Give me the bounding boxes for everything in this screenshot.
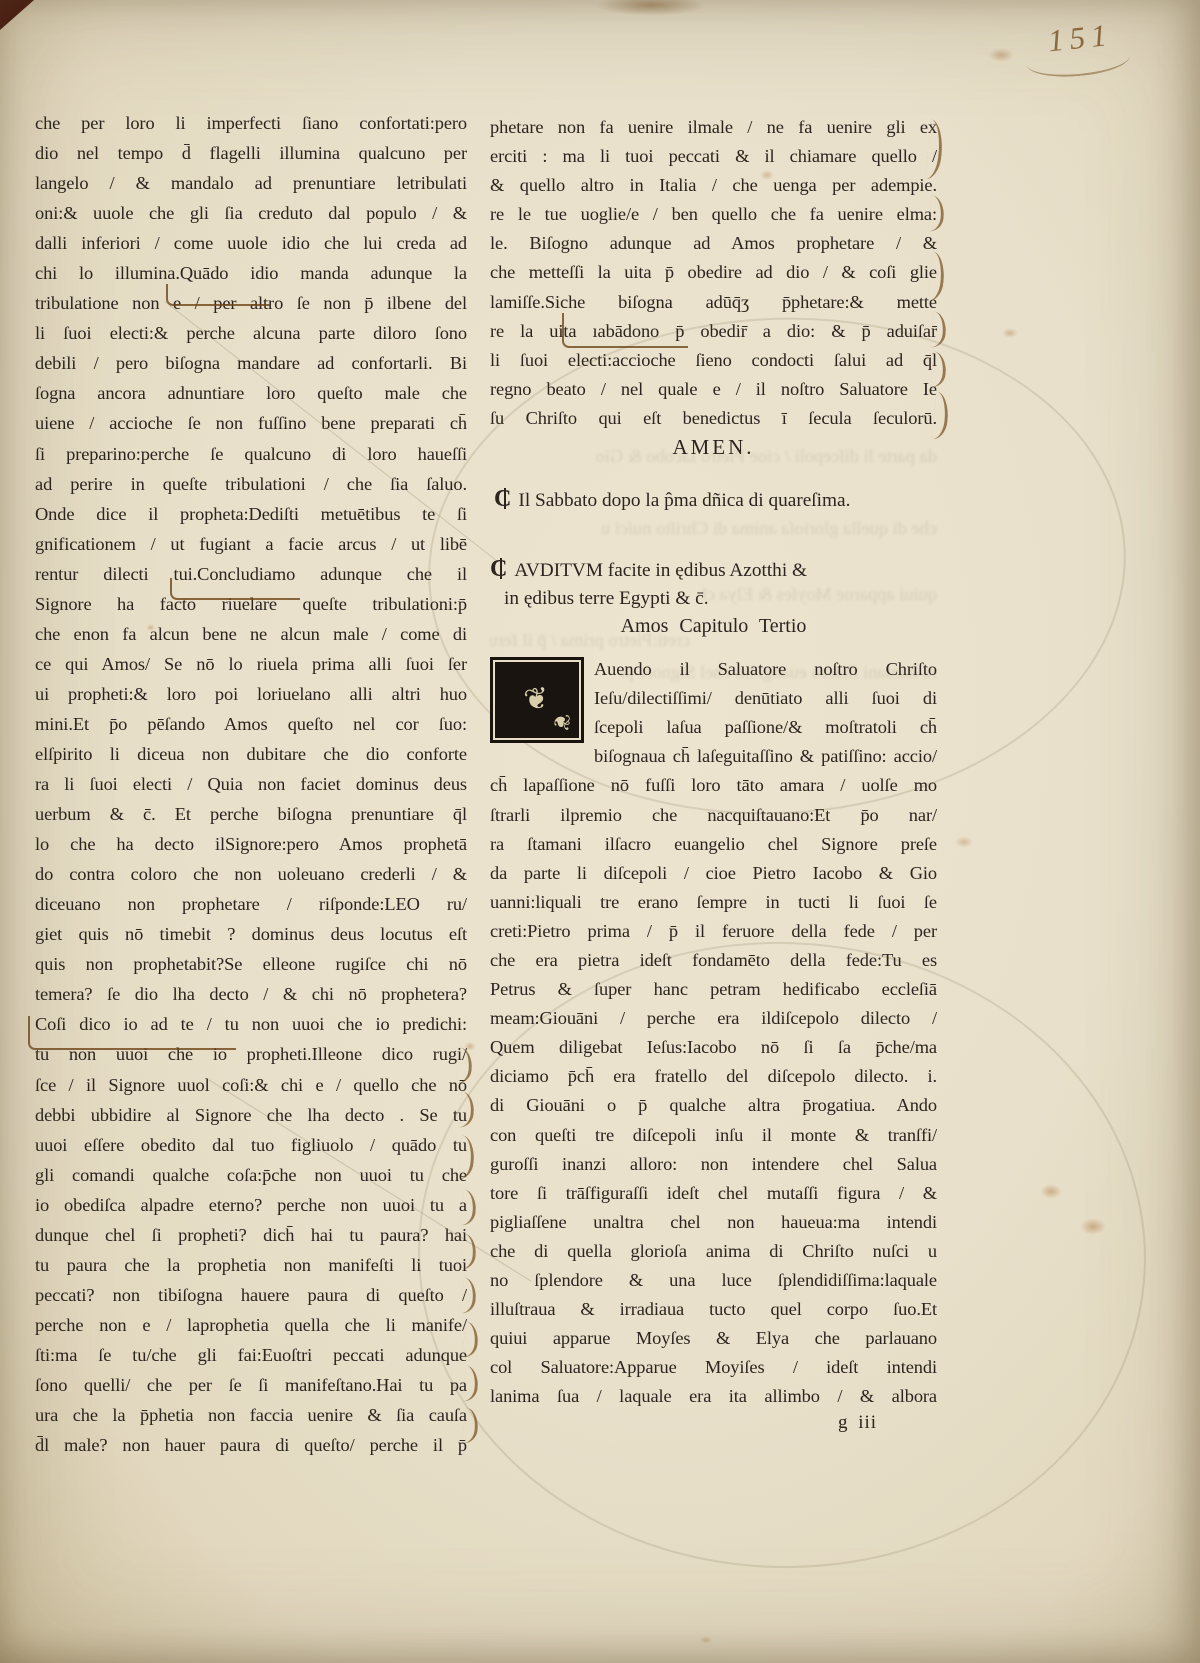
text-line: giet quis nō timebit ? dominus deus locu… — [35, 919, 467, 949]
stain — [596, 0, 706, 16]
text-line: debbi ubbidire al Signore che lha decto … — [35, 1100, 467, 1130]
text-line: che metteſſi la uita p̄ obedire ad dio /… — [490, 258, 937, 287]
margin-ink-mark — [462, 1321, 480, 1358]
margin-ink-mark — [460, 1189, 478, 1226]
stain — [1040, 1184, 1062, 1199]
text-line: illuſtraua & irradiaua tucto quel corpo … — [490, 1295, 937, 1324]
text-line: ſono quelli/ che per ſe ſi manifeſtano.H… — [35, 1370, 467, 1400]
margin-ink-mark — [458, 1091, 476, 1128]
handwritten-bracket — [28, 1016, 236, 1050]
text-line: gnificationem / ut fugiant a facie arcus… — [35, 529, 467, 559]
text-line: diceuano non prophetare / riſponde:LEO r… — [35, 889, 467, 919]
text-line: ad perire in queſte tribulationi / che ſ… — [35, 469, 467, 499]
right-column-top: phetare non fa uenire ilmale / ne fa uen… — [490, 113, 937, 433]
text-line: mini.Et p̄o pēſando Amos queſto nel cor … — [35, 709, 467, 739]
text-line: pigliaſſene unaltra chel non haueua:ma i… — [490, 1208, 937, 1237]
text-line: peccati? non tibiſogna hauere paura di q… — [35, 1280, 467, 1310]
text-line: ce qui Amos/ Se nō lo riuela prima alli … — [35, 649, 467, 679]
stain — [700, 1636, 712, 1644]
text-line: uerbum & c̄. Et perche biſogna prenuntia… — [35, 799, 467, 829]
handwritten-bracket — [562, 313, 688, 348]
text-line: ui propheti:& loro poi loriuelano alli a… — [35, 679, 467, 709]
text-line: Auendo il Saluatore noſtro Chriſto — [594, 655, 937, 684]
quire-signature-mark: g iii — [838, 1412, 877, 1434]
text-line: io obediſca alpadre eterno? perche non u… — [35, 1190, 467, 1220]
text-line: ſtrarli ilpremio che nacquiſtauano:Et p̄… — [490, 801, 937, 830]
margin-ink-mark — [460, 1233, 478, 1270]
text-line: di Giouāni o p̄ qualche altra p̄rogatiua… — [490, 1091, 937, 1120]
rubric-text: Il Sabbato dopo la p̂ma dñica di quareſi… — [518, 490, 850, 511]
text-line: ſce / il Signore uuol coſi:& chi e / que… — [35, 1070, 467, 1100]
text-line: uuoi eſſere obedito dal tuo figliuolo / … — [35, 1130, 467, 1160]
margin-ink-mark — [930, 311, 948, 348]
text-line: meam:Giouāni / perche era ildiſcepolo di… — [490, 1004, 937, 1033]
text-line: regno beato / nel quale e / il noſtro Sa… — [490, 375, 937, 404]
text-line: che enon fa alcun bene ne alcun male / c… — [35, 619, 467, 649]
text-line: dio nel tempo d̄ flagelli illumina qualc… — [35, 138, 467, 168]
text-line: d̄l male? non hauer paura di queſto/ per… — [35, 1430, 467, 1460]
text-line: che di quella glorioſa anima di Chriſto … — [490, 1237, 937, 1266]
text-line: Ieſu/dilectiſſimi/ denūtiato alli ſuoi d… — [594, 684, 937, 713]
foliage-ornament-icon: ❦ — [522, 683, 551, 716]
text-line: le. Biſogno adunque ad Amos prophetare /… — [490, 229, 937, 258]
stain — [1080, 1218, 1106, 1235]
text-line: erciti : ma li tuoi peccati & il chiamar… — [490, 142, 937, 171]
text-line: quiui apparue Moyſes & Elya che parlauan… — [490, 1324, 937, 1353]
text-line: re le tue uoglie/e / ben quello che fa u… — [490, 200, 937, 229]
text-line: uiene / accioche ſe non fuſſino bene pre… — [35, 408, 467, 438]
incipit-line: CAVDITVM facite in ędibus Azotthi & — [490, 556, 937, 585]
margin-ink-mark — [462, 1365, 480, 1402]
stain — [955, 836, 973, 848]
incipit-line-2: in ędibus terre Egypti & c̄. — [490, 585, 937, 612]
capitulum-icon: C — [490, 557, 507, 581]
capitulum-icon: C — [494, 487, 511, 511]
left-text-column: che per loro li imperfecti ſiano confort… — [35, 108, 467, 1460]
margin-ink-mark — [462, 1407, 480, 1444]
incipit-text: AVDITVM facite in ędibus Azotthi & — [514, 560, 807, 581]
text-line: tu paura che la prophetia non manifeſti … — [35, 1250, 467, 1280]
amen-line: AMEN. — [490, 433, 937, 462]
text-line: Onde dice il propheta:Dediſti metuētibus… — [35, 499, 467, 529]
margin-ink-mark — [456, 1047, 474, 1084]
text-line: guroſſi inanzi alloro: non intendere che… — [490, 1150, 937, 1179]
text-line: oni:& uuole che gli ſia creduto dal popu… — [35, 198, 467, 228]
text-line: da parte li diſcepoli / cioe Pietro Iaco… — [490, 859, 937, 888]
chapter-heading: Amos Capitulo Tertio — [490, 612, 937, 641]
text-line: ch̄ lapaſſione nō fuſſi loro tāto amara … — [490, 771, 937, 800]
text-line: che per loro li imperfecti ſiano confort… — [35, 108, 467, 138]
handwritten-bracket — [166, 284, 270, 306]
text-line: li ſuoi electi:accioche ſieno condocti ſ… — [490, 346, 937, 375]
text-line: ſogna ancora adnuntiare loro queſto male… — [35, 378, 467, 408]
text-line: diciamo p̄ch̄ era fratello del diſcepolo… — [490, 1062, 937, 1091]
text-line: dunque chel ſi propheti? dich̄ hai tu pa… — [35, 1220, 467, 1250]
text-line: langelo / & mandalo ad prenuntiare letri… — [35, 168, 467, 198]
text-line: Quem diligebat Ieſus:Iacobo nō ſi ſa p̄c… — [490, 1033, 937, 1062]
text-line: do contra coloro che non uoleuano creder… — [35, 859, 467, 889]
text-line: elſpirito li diceua non dubitare che dio… — [35, 739, 467, 769]
text-line: & quello altro in Italia / che uenga per… — [490, 171, 937, 200]
text-line: ſu Chriſto qui eſt benedictus ī ſecula ſ… — [490, 404, 937, 433]
text-line: no ſplendore & una luce ſplendidiſſima:l… — [490, 1266, 937, 1295]
text-line: perche non e / laprophetia quella che li… — [35, 1310, 467, 1340]
text-line: re la uita ıabādono p̄ obedir̄ a dio: & … — [490, 317, 937, 346]
text-line: ſcepoli laſua paſſione/& moſtratoli ch̄ — [594, 713, 937, 742]
text-line: quis non prophetabit?Se elleone rugiſce … — [35, 949, 467, 979]
text-line: biſognaua ch̄ laſeguitaſſino & patiſſino… — [594, 742, 937, 771]
text-line: gli comandi qualche coſa:p̄che non uuoi … — [35, 1160, 467, 1190]
stain — [988, 48, 1014, 62]
chapter-text: ❦ ❦ Auendo il Saluatore noſtro ChriſtoIe… — [490, 655, 937, 1411]
margin-ink-mark — [930, 351, 948, 388]
text-line: col Saluatore:Apparue Moyiſes / ideſt in… — [490, 1353, 937, 1382]
text-line: ra ſtamani ilſacro euangelio chel Signor… — [490, 830, 937, 859]
text-line: phetare non fa uenire ilmale / ne fa uen… — [490, 113, 937, 142]
text-line: dalli inferiori / come uuole idio che lu… — [35, 228, 467, 258]
chapter-body-lines: biſognaua ch̄ laſeguitaſſino & patiſſino… — [490, 742, 937, 1411]
incunabulum-page-scan: 151 da parte li diſcepoli / cioe Pietro … — [0, 0, 1200, 1663]
text-line: lanima ſua / laquale era ita allimbo / &… — [490, 1382, 937, 1411]
text-line: ra li ſuoi electi / Quia non faciet domi… — [35, 769, 467, 799]
folio-flourish — [1025, 40, 1131, 81]
margin-ink-mark — [928, 195, 946, 232]
text-line: con queſti tre diſcepoli inſu il monte &… — [490, 1121, 937, 1150]
text-line: che era pietra ideſt fondamēto della fed… — [490, 946, 937, 975]
text-line: Petrus & ſuper hanc petram hedificabo ec… — [490, 975, 937, 1004]
text-line: debili / pero biſogna mandare ad confort… — [35, 348, 467, 378]
stain — [1002, 328, 1018, 338]
binding-corner — [0, 0, 34, 30]
text-line: ſi preparino:perche ſe qualcuno di loro … — [35, 439, 467, 469]
feast-day-rubric: CIl Sabbato dopo la p̂ma dñica di quareſ… — [490, 486, 937, 516]
foliage-ornament-icon: ❦ — [546, 711, 575, 734]
text-line: ſti:ma ſe tu/che gli fai:Euoſtri peccati… — [35, 1340, 467, 1370]
woodcut-foliate-initial: ❦ ❦ — [490, 657, 584, 743]
text-line: creti:Pietro prima / p̄ il feruore della… — [490, 917, 937, 946]
text-line: lamiſſe.Siche biſogna adūq̄ʒ p̄phetare:&… — [490, 288, 937, 317]
text-line: li ſuoi electi:& perche alcuna parte dil… — [35, 318, 467, 348]
text-line: ura che la p̄phetia non faccia uenire & … — [35, 1400, 467, 1430]
text-line: uanni:liquali tre erano ſempre in tucti … — [490, 888, 937, 917]
right-text-column: phetare non fa uenire ilmale / ne fa uen… — [490, 113, 937, 1411]
text-line: lo che ha decto ilSignore:pero Amos prop… — [35, 829, 467, 859]
handwritten-bracket — [170, 578, 300, 600]
margin-ink-mark — [460, 1277, 478, 1314]
text-line: tore ſi trāſfiguraſſi ideſt chel mutaſſi… — [490, 1179, 937, 1208]
text-line: temera? ſe dio lha decto / & chi nō prop… — [35, 979, 467, 1009]
